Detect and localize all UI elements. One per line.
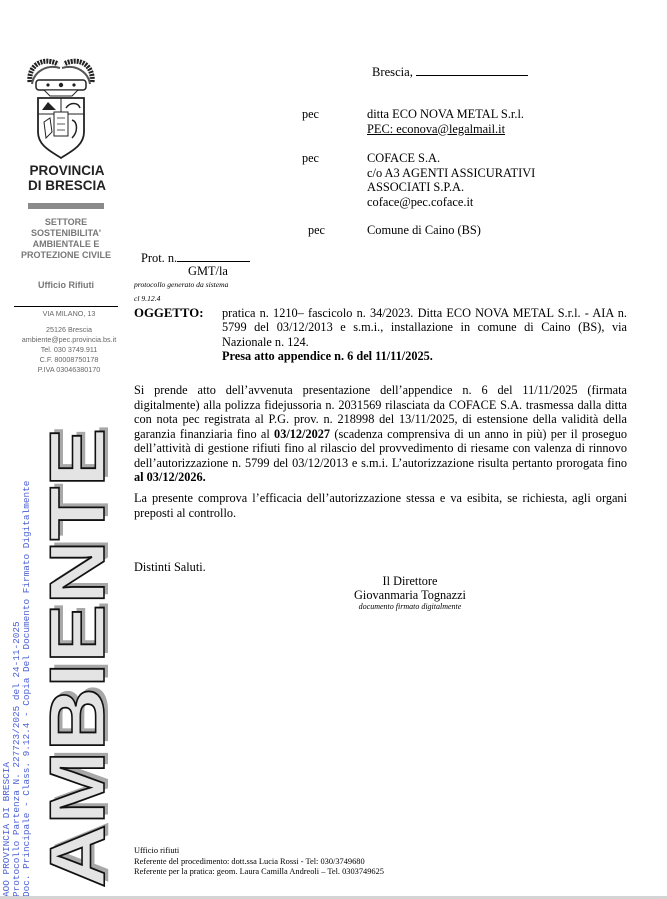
ambiente-logotype: AMBIENTE AMBIENTE [34, 410, 110, 890]
ambiente-text: AMBIENTE [34, 428, 110, 888]
body-paragraph-2: La presente comprova l’efficacia dell’au… [134, 491, 627, 520]
recipient-eco-nova: ditta ECO NOVA METAL S.r.l. PEC: econova… [367, 107, 524, 136]
body-paragraph-1: Si prende atto dell’avvenuta presentazio… [134, 383, 627, 485]
signer-name: Giovanmaria Tognazzi [330, 588, 490, 602]
subject-text: pratica n. 1210– fascicolo n. 34/2023. D… [222, 306, 627, 363]
protocol-watermark: AOO PROVINCIA DI BRESCIA Protocollo Part… [2, 0, 32, 897]
recipient-pec-email[interactable]: PEC: econova@legalmail.it [367, 122, 505, 136]
recipient-pec-email[interactable]: coface@pec.coface.it [367, 195, 535, 210]
footer-contacts: Ufficio rifiuti Referente del procedimen… [134, 846, 384, 878]
recipient-coface: COFACE S.A. c/o A3 AGENTI ASSICURATIVI A… [367, 151, 535, 209]
coat-of-arms-icon [22, 52, 100, 160]
protocol-generated-note: protocollo generato da sistema [134, 280, 228, 289]
signature-block: Il Direttore Giovanmaria Tognazzi docume… [330, 574, 490, 612]
signer-role: Il Direttore [330, 574, 490, 588]
footer-practice-contact: Referente per la pratica: geom. Laura Ca… [134, 867, 384, 878]
footer-office: Ufficio rifiuti [134, 846, 384, 857]
subject-label: OGGETTO: [134, 306, 203, 321]
closing-greeting: Distinti Saluti. [134, 560, 206, 575]
classification-code: cl 9.12.4 [134, 294, 160, 303]
recipient-comune-caino: Comune di Caino (BS) [367, 223, 481, 238]
protocol-reference: GMT/la [188, 264, 228, 279]
footer-procedure-contact: Referente del procedimento: dott.ssa Luc… [134, 857, 384, 868]
place-date: Brescia, [372, 64, 528, 79]
subject-bold-line: Presa atto appendice n. 6 del 11/11/2025… [222, 349, 627, 363]
date-blank-line [416, 64, 528, 76]
protocol-blank-line [177, 251, 250, 262]
signature-note: documento firmato digitalmente [330, 602, 490, 612]
recipient-channel: pec [308, 223, 325, 238]
recipient-channel: pec [302, 151, 319, 166]
recipient-channel: pec [302, 107, 319, 122]
divider-bar [28, 203, 104, 209]
